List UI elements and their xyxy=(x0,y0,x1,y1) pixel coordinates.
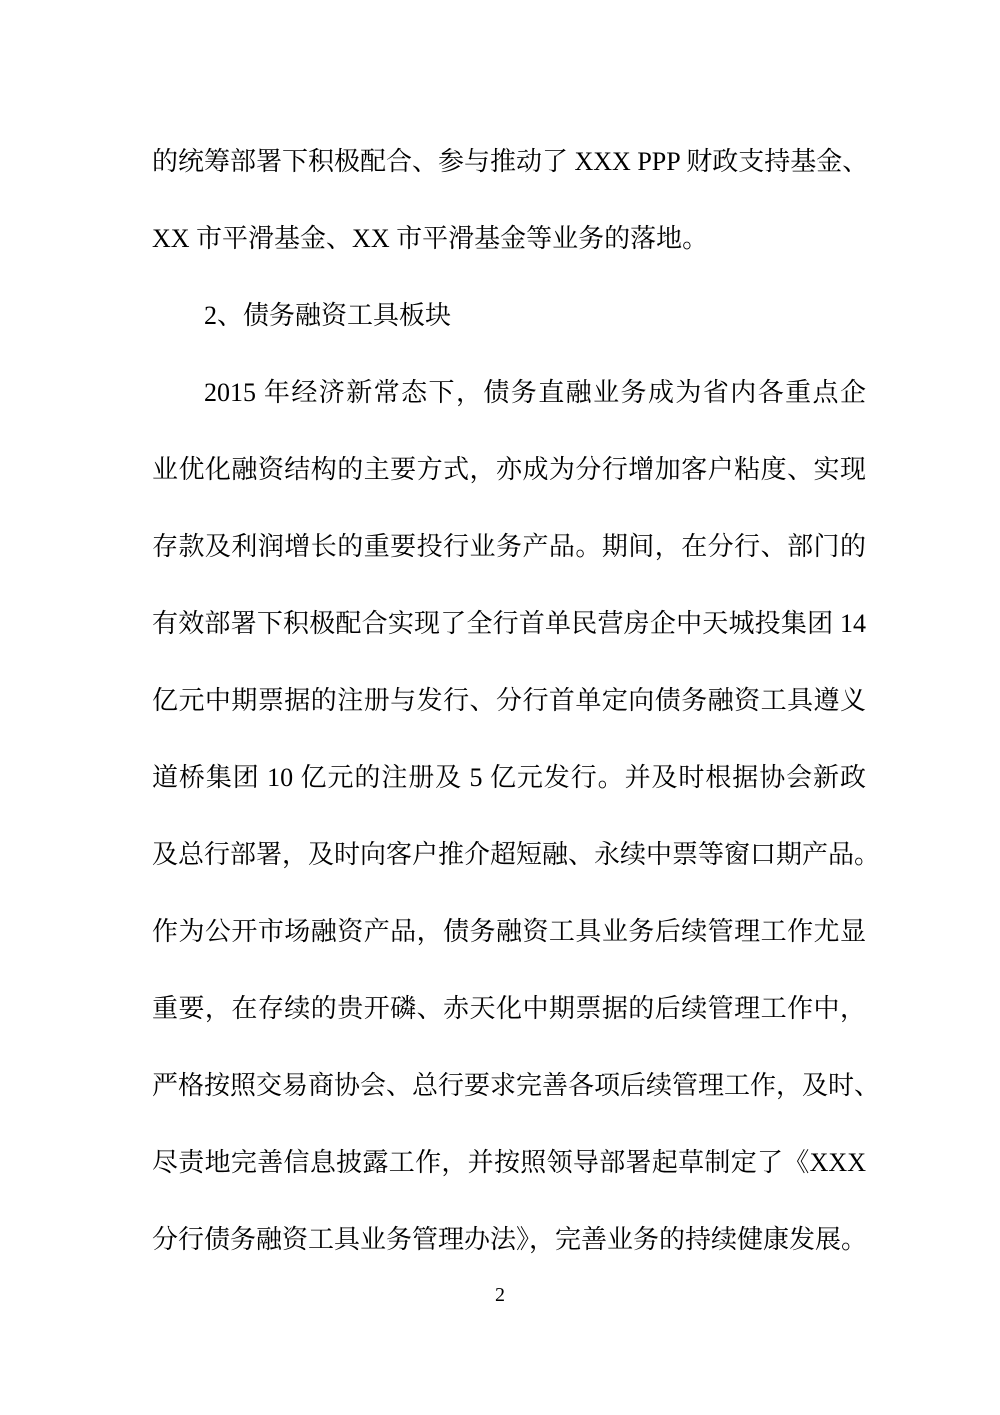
body-line: 业优化融资结构的主要方式，亦成为分行增加客户粘度、实现 xyxy=(152,431,866,508)
body-line: 有效部署下积极配合实现了全行首单民营房企中天城投集团 14 xyxy=(152,585,866,662)
page-body-text: 的统筹部署下积极配合、参与推动了 XXX PPP 财政支持基金、XX 市平滑基金… xyxy=(152,123,866,1278)
document-page: 的统筹部署下积极配合、参与推动了 XXX PPP 财政支持基金、XX 市平滑基金… xyxy=(0,0,1000,1415)
body-line: 道桥集团 10 亿元的注册及 5 亿元发行。并及时根据协会新政 xyxy=(152,739,866,816)
page-footer: 2 xyxy=(0,1283,1000,1307)
body-line: 重要，在存续的贵开磷、赤天化中期票据的后续管理工作中， xyxy=(152,970,866,1047)
body-line: 的统筹部署下积极配合、参与推动了 XXX PPP 财政支持基金、 xyxy=(152,123,866,200)
body-line: 亿元中期票据的注册与发行、分行首单定向债务融资工具遵义 xyxy=(152,662,866,739)
body-line: 分行债务融资工具业务管理办法》，完善业务的持续健康发展。 xyxy=(152,1201,866,1278)
body-line: 2015 年经济新常态下，债务直融业务成为省内各重点企 xyxy=(152,354,866,431)
body-line: XX 市平滑基金、XX 市平滑基金等业务的落地。 xyxy=(152,200,866,277)
page-number: 2 xyxy=(495,1284,505,1306)
body-line: 严格按照交易商协会、总行要求完善各项后续管理工作，及时、 xyxy=(152,1047,866,1124)
body-line: 作为公开市场融资产品，债务融资工具业务后续管理工作尤显 xyxy=(152,893,866,970)
body-line: 2、债务融资工具板块 xyxy=(152,277,866,354)
body-line: 及总行部署，及时向客户推介超短融、永续中票等窗口期产品。 xyxy=(152,816,866,893)
body-line: 尽责地完善信息披露工作，并按照领导部署起草制定了《XXX xyxy=(152,1124,866,1201)
body-line: 存款及利润增长的重要投行业务产品。期间，在分行、部门的 xyxy=(152,508,866,585)
